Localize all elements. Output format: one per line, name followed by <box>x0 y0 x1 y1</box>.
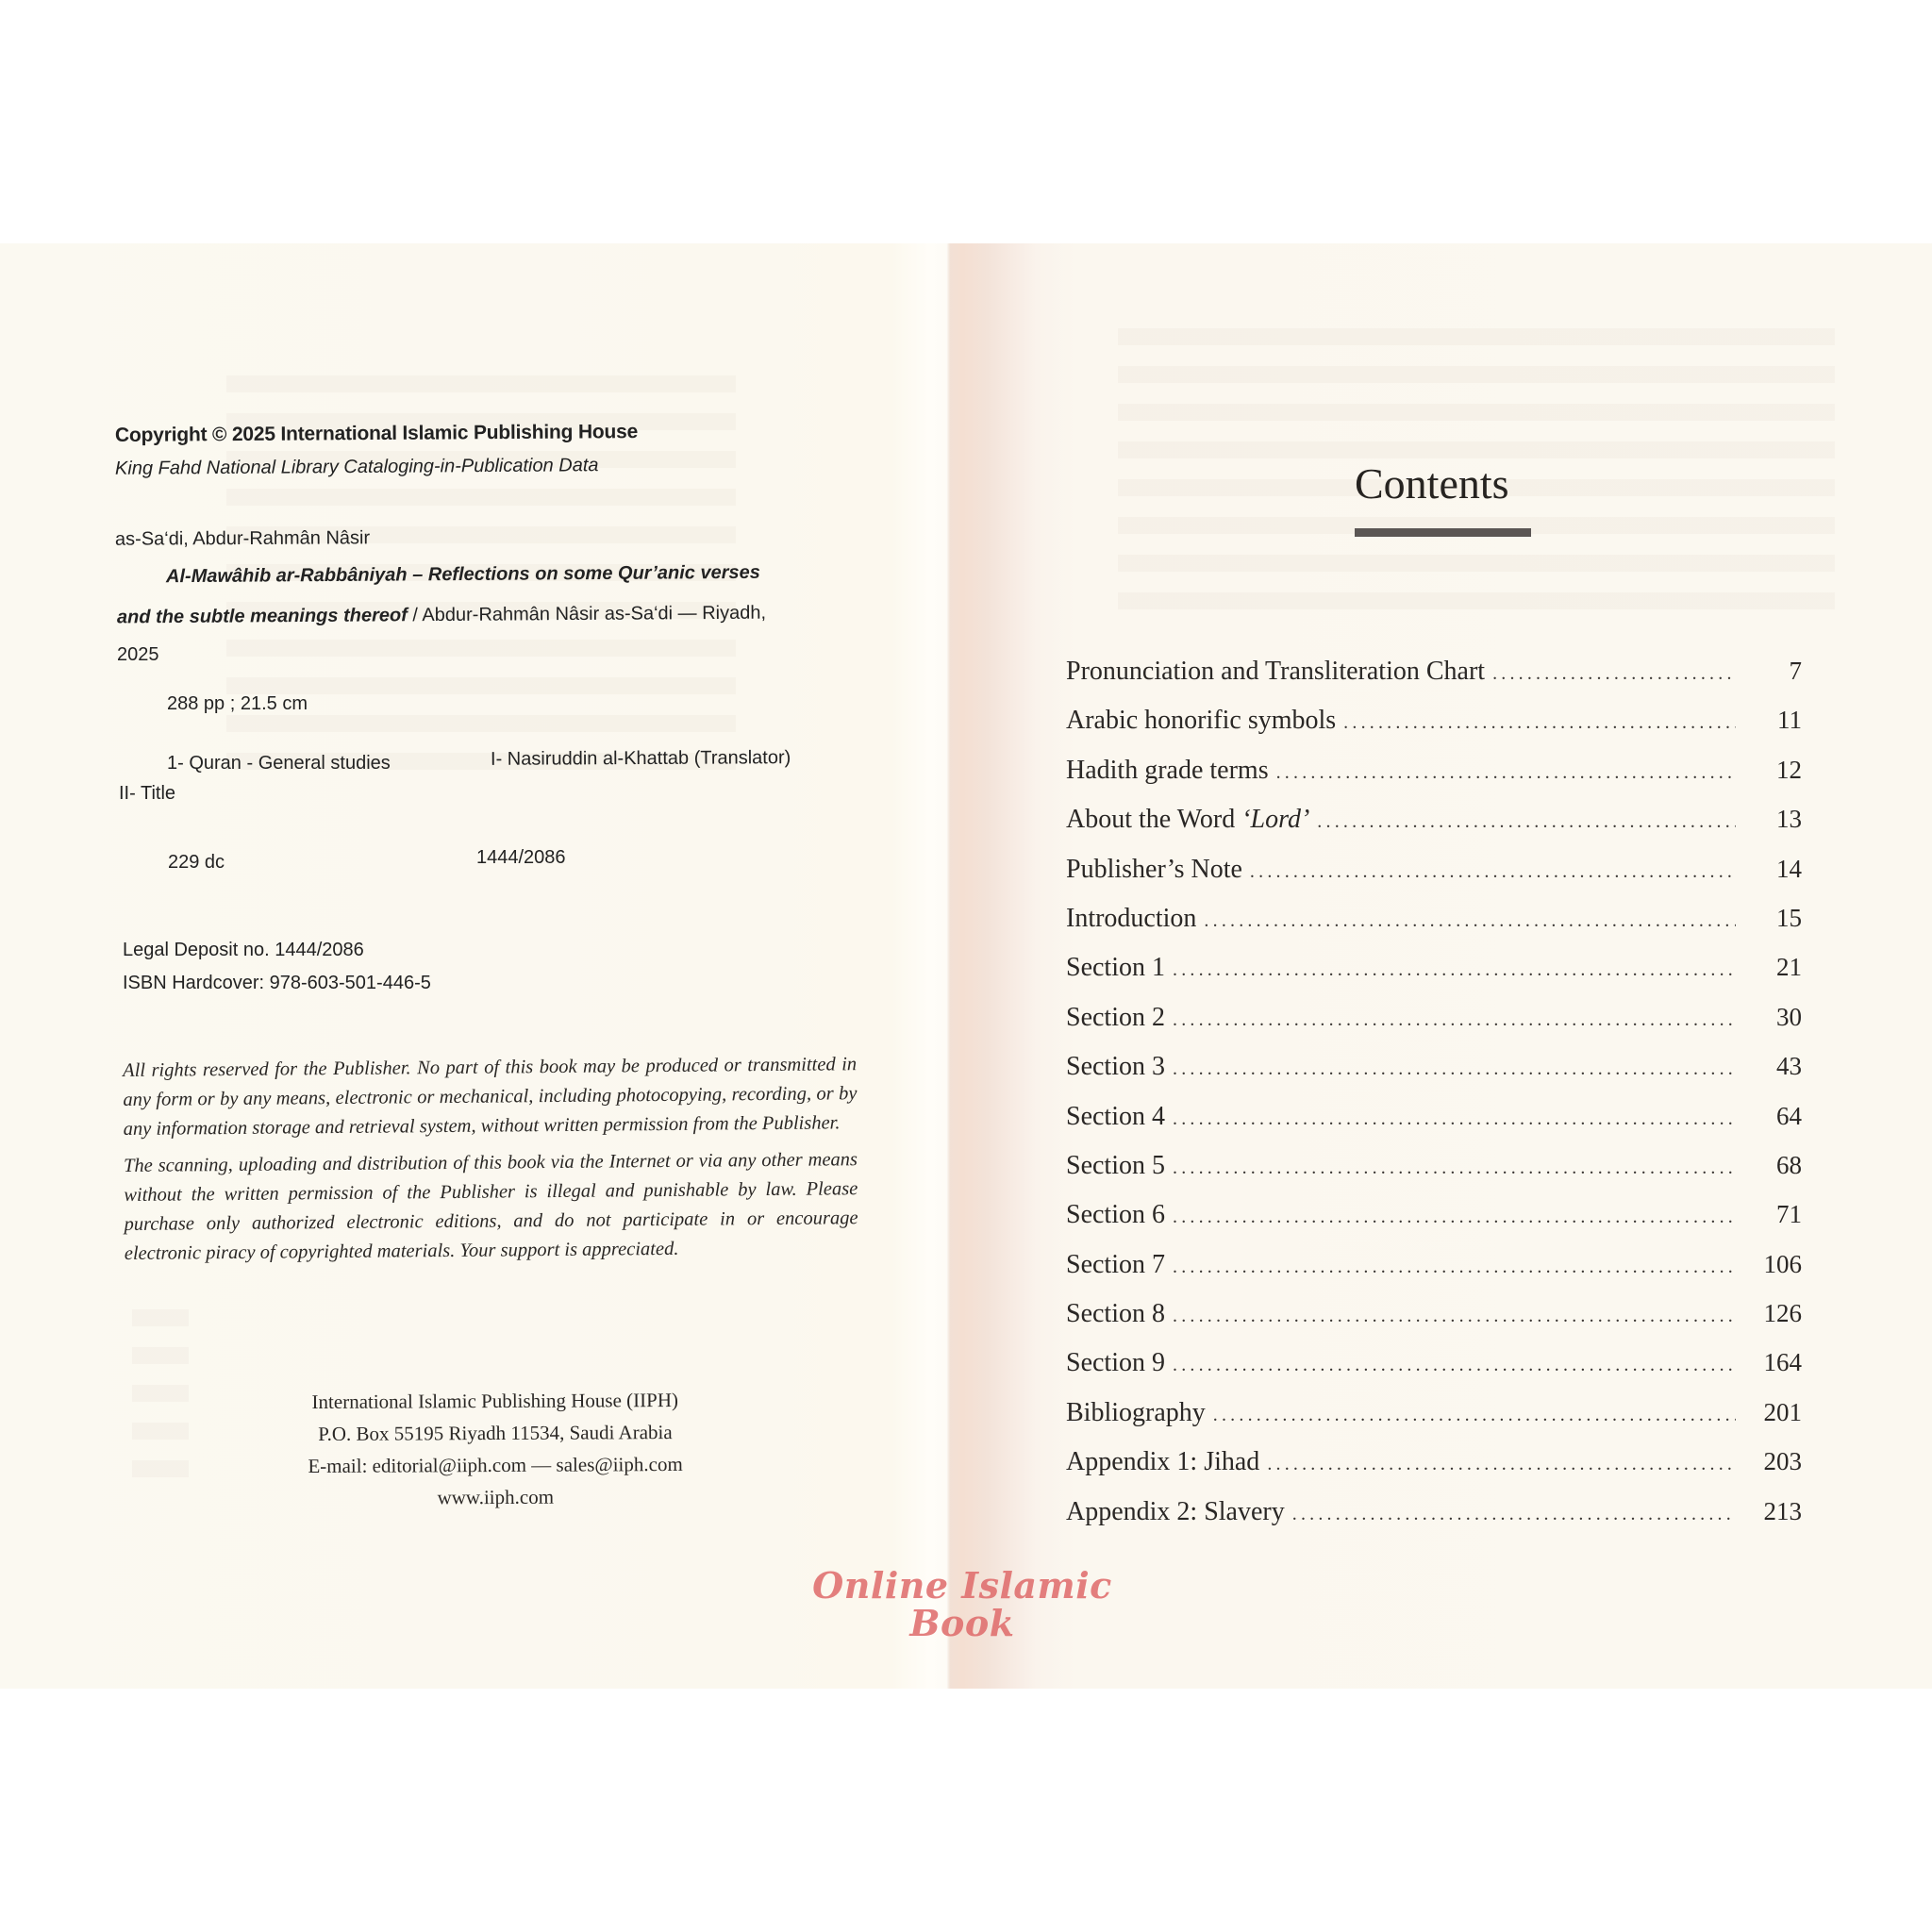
deposit-number-short: 1444/2086 <box>476 847 566 869</box>
dot-leader <box>1276 762 1736 784</box>
toc-entry-page-number: 164 <box>1741 1348 1802 1377</box>
dot-leader <box>1173 1158 1736 1179</box>
toc-entry[interactable]: Section 343 <box>1066 1052 1802 1101</box>
toc-entry-label-text: Appendix 2: Slavery <box>1066 1497 1285 1526</box>
dot-leader <box>1173 1058 1736 1080</box>
toc-entry-label-italic: ‘Lord’ <box>1241 805 1309 834</box>
toc-entry-label: Appendix 1: Jihad <box>1066 1447 1259 1477</box>
toc-entry-label-text: Appendix 1: Jihad <box>1066 1447 1259 1476</box>
dot-leader <box>1250 861 1736 883</box>
toc-entry-label-text: Bibliography <box>1066 1398 1206 1427</box>
toc-entry-page-number: 13 <box>1741 805 1802 834</box>
subject-1: 1- Quran - General studies <box>167 753 391 774</box>
toc-entry-label-text: Pronunciation and Transliteration Chart <box>1066 657 1485 686</box>
book-title-line-2: and the subtle meanings thereof / Abdur-… <box>117 603 766 629</box>
toc-entry-label-text: About the Word <box>1066 805 1241 834</box>
toc-entry-label: Section 7 <box>1066 1250 1165 1280</box>
publisher-name: International Islamic Publishing House (… <box>217 1383 774 1418</box>
toc-entry-page-number: 43 <box>1741 1052 1802 1081</box>
dot-leader <box>1173 1306 1736 1327</box>
toc-entry-label-text: Section 8 <box>1066 1299 1165 1328</box>
toc-entry-label: Pronunciation and Transliteration Chart <box>1066 657 1485 687</box>
toc-entry[interactable]: Appendix 1: Jihad203 <box>1066 1447 1802 1496</box>
toc-entry-page-number: 7 <box>1741 657 1802 686</box>
toc-entry-label-text: Hadith grade terms <box>1066 756 1269 785</box>
rights-paragraph-1: All rights reserved for the Publisher. N… <box>123 1050 858 1144</box>
dot-leader <box>1173 1355 1736 1376</box>
toc-entry-label-text: Section 3 <box>1066 1052 1165 1081</box>
physical-description: 288 pp ; 21.5 cm <box>167 693 308 715</box>
toc-entry-page-number: 126 <box>1741 1299 1802 1328</box>
toc-entry-label: Publisher’s Note <box>1066 855 1242 885</box>
publisher-po-box: P.O. Box 55195 Riyadh 11534, Saudi Arabi… <box>217 1415 774 1450</box>
publisher-address: International Islamic Publishing House (… <box>217 1383 774 1514</box>
toc-entry[interactable]: Publisher’s Note14 <box>1066 855 1802 904</box>
toc-entry-label: Hadith grade terms <box>1066 756 1269 786</box>
toc-entry-page-number: 30 <box>1741 1003 1802 1032</box>
toc-entry-page-number: 71 <box>1741 1200 1802 1229</box>
watermark-line-2: Book <box>802 1605 1123 1642</box>
rights-paragraph-2: The scanning, uploading and distribution… <box>124 1145 858 1269</box>
toc-entry-label-text: Arabic honorific symbols <box>1066 706 1336 735</box>
book-title-italic: and the subtle meanings thereof <box>117 605 408 627</box>
toc-entry-label: Section 3 <box>1066 1052 1165 1082</box>
toc-entry[interactable]: Section 8126 <box>1066 1299 1802 1348</box>
book-spread: Copyright © 2025 International Islamic P… <box>0 243 1932 1689</box>
toc-entry-label-text: Introduction <box>1066 904 1196 933</box>
toc-entry-page-number: 201 <box>1741 1398 1802 1427</box>
toc-entry-label-text: Section 5 <box>1066 1151 1165 1180</box>
toc-entry-page-number: 68 <box>1741 1151 1802 1180</box>
toc-entry[interactable]: Appendix 2: Slavery213 <box>1066 1497 1802 1546</box>
book-title-line-1: Al-Mawâhib ar-Rabbâniyah – Reflections o… <box>166 562 760 588</box>
toc-entry-page-number: 12 <box>1741 756 1802 785</box>
dot-leader <box>1173 1108 1736 1130</box>
dewey-classification: 229 dc <box>168 852 225 874</box>
dot-leader <box>1292 1504 1736 1525</box>
toc-entry-label-text: Section 7 <box>1066 1250 1165 1279</box>
toc-entry[interactable]: Pronunciation and Transliteration Chart7 <box>1066 657 1802 706</box>
book-title-rest: / Abdur-Rahmân Nâsir as-Sa‘di — Riyadh, <box>408 603 766 626</box>
toc-entry-label: Section 1 <box>1066 953 1165 983</box>
dot-leader <box>1204 910 1736 932</box>
toc-entry-page-number: 203 <box>1741 1447 1802 1476</box>
table-of-contents: Pronunciation and Transliteration Chart7… <box>1066 657 1802 1546</box>
toc-entry-label: Arabic honorific symbols <box>1066 706 1336 736</box>
watermark: Online Islamic Book <box>802 1567 1123 1642</box>
title-underline-rule <box>1355 528 1531 537</box>
toc-entry[interactable]: Section 7106 <box>1066 1250 1802 1299</box>
publisher-website: www.iiph.com <box>217 1479 774 1514</box>
toc-entry-page-number: 21 <box>1741 953 1802 982</box>
left-page-imprint: Copyright © 2025 International Islamic P… <box>0 243 948 1689</box>
publisher-email: E-mail: editorial@iiph.com — sales@iiph.… <box>217 1447 774 1482</box>
copyright-line: Copyright © 2025 International Islamic P… <box>115 421 638 447</box>
toc-entry[interactable]: Arabic honorific symbols11 <box>1066 706 1802 755</box>
toc-entry-page-number: 213 <box>1741 1497 1802 1526</box>
toc-entry-label-text: Publisher’s Note <box>1066 855 1242 884</box>
legal-deposit: Legal Deposit no. 1444/2086 <box>123 940 364 961</box>
toc-entry-label-text: Section 9 <box>1066 1348 1165 1377</box>
toc-entry[interactable]: Section 230 <box>1066 1003 1802 1052</box>
toc-entry[interactable]: Introduction15 <box>1066 904 1802 953</box>
toc-entry-label: About the Word ‘Lord’ <box>1066 805 1309 835</box>
toc-entry[interactable]: Section 671 <box>1066 1200 1802 1249</box>
toc-entry-page-number: 11 <box>1741 706 1802 735</box>
toc-entry-label: Section 2 <box>1066 1003 1165 1033</box>
toc-entry-label-text: Section 4 <box>1066 1102 1165 1131</box>
toc-entry[interactable]: Section 121 <box>1066 953 1802 1002</box>
author-entry: as-Sa‘di, Abdur-Rahmân Nâsir <box>115 527 370 550</box>
cataloging-heading: King Fahd National Library Cataloging-in… <box>115 455 599 480</box>
toc-entry[interactable]: Section 9164 <box>1066 1348 1802 1397</box>
toc-entry[interactable]: About the Word ‘Lord’13 <box>1066 805 1802 854</box>
toc-entry-page-number: 64 <box>1741 1102 1802 1131</box>
toc-entry-page-number: 106 <box>1741 1250 1802 1279</box>
toc-entry-label: Appendix 2: Slavery <box>1066 1497 1285 1527</box>
toc-entry[interactable]: Section 568 <box>1066 1151 1802 1200</box>
toc-entry-label: Bibliography <box>1066 1398 1206 1428</box>
toc-entry-label: Section 6 <box>1066 1200 1165 1230</box>
toc-entry[interactable]: Section 464 <box>1066 1102 1802 1151</box>
toc-entry-label: Section 9 <box>1066 1348 1165 1378</box>
isbn: ISBN Hardcover: 978-603-501-446-5 <box>123 973 431 994</box>
toc-entry-label: Section 5 <box>1066 1151 1165 1181</box>
toc-entry-label-text: Section 2 <box>1066 1003 1165 1032</box>
publication-year: 2025 <box>117 644 159 666</box>
dot-leader <box>1343 712 1736 734</box>
toc-entry-page-number: 15 <box>1741 904 1802 933</box>
toc-entry-label: Introduction <box>1066 904 1196 934</box>
added-entry-title: II- Title <box>119 783 175 805</box>
toc-entry-label-text: Section 1 <box>1066 953 1165 982</box>
toc-entry-label: Section 8 <box>1066 1299 1165 1329</box>
added-entry-translator: I- Nasiruddin al-Khattab (Translator) <box>491 747 791 771</box>
toc-entry-page-number: 14 <box>1741 855 1802 884</box>
watermark-line-1: Online Islamic <box>802 1567 1123 1605</box>
right-page-contents: Contents Pronunciation and Transliterati… <box>948 243 1932 1689</box>
dot-leader <box>1492 663 1736 685</box>
dot-leader <box>1267 1454 1736 1475</box>
toc-entry[interactable]: Bibliography201 <box>1066 1398 1802 1447</box>
dot-leader <box>1317 811 1736 833</box>
toc-entry-label-text: Section 6 <box>1066 1200 1165 1229</box>
toc-entry-label: Section 4 <box>1066 1102 1165 1132</box>
dot-leader <box>1213 1405 1736 1426</box>
dot-leader <box>1173 959 1736 981</box>
dot-leader <box>1173 1257 1736 1278</box>
dot-leader <box>1173 1207 1736 1228</box>
dot-leader <box>1173 1009 1736 1031</box>
rights-notice: All rights reserved for the Publisher. N… <box>123 1050 858 1276</box>
book-gutter <box>946 243 950 1689</box>
toc-entry[interactable]: Hadith grade terms12 <box>1066 756 1802 805</box>
contents-title: Contents <box>1355 458 1509 508</box>
